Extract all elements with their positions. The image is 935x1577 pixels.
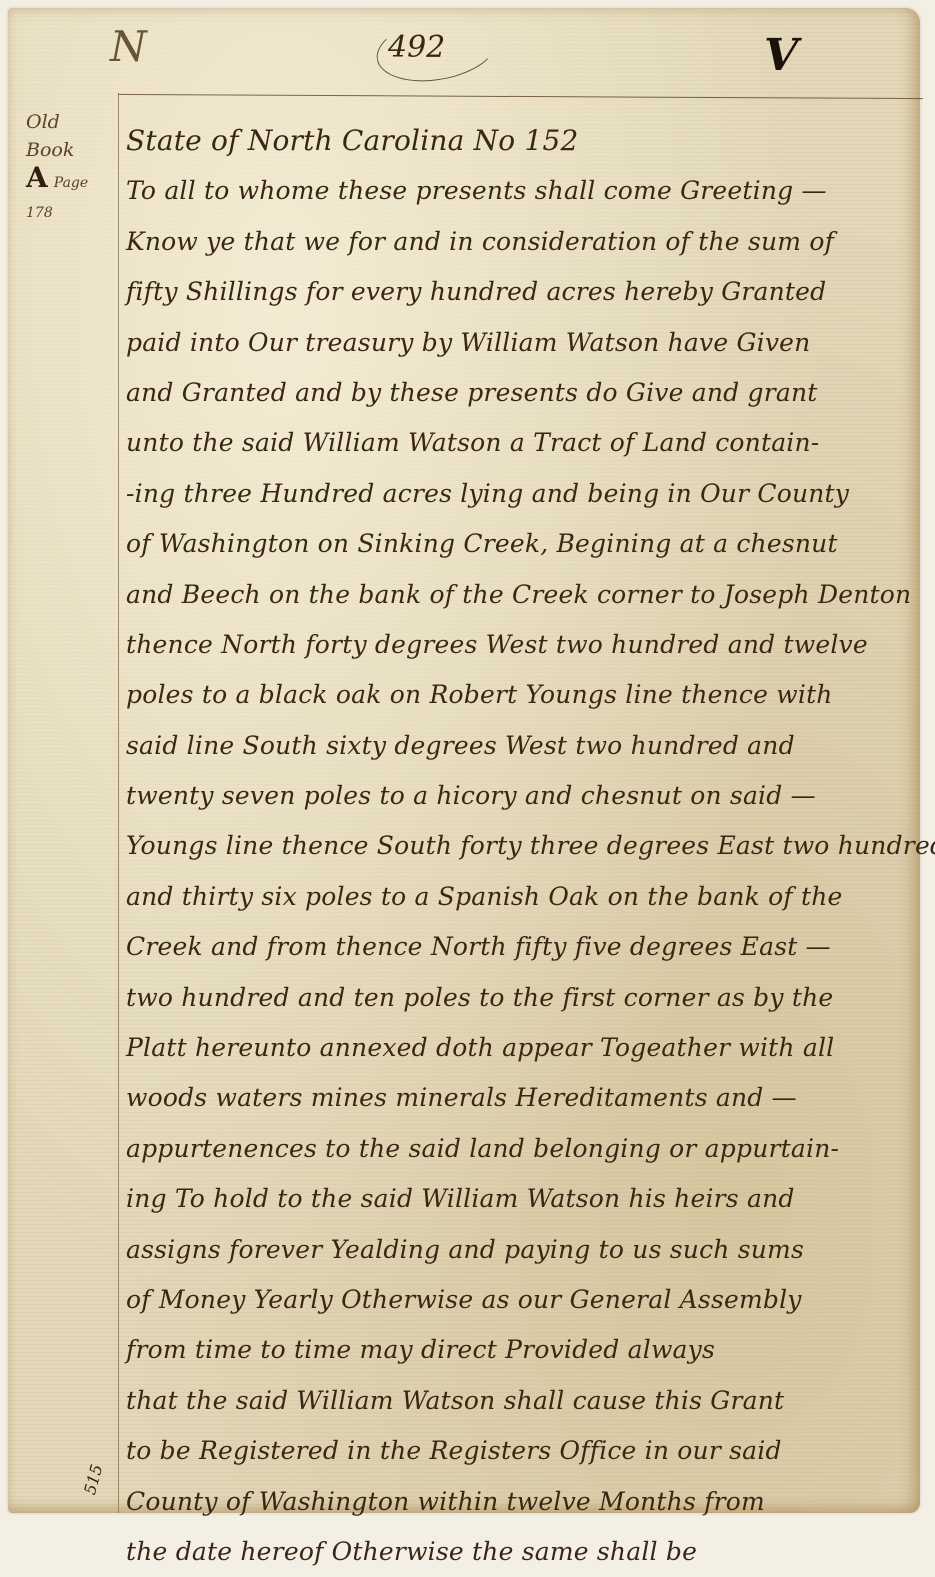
text-line: and thirty six poles to a Spanish Oak on…: [126, 872, 931, 922]
margin-note: Old Book A Page 178: [26, 108, 116, 227]
text-line: and Granted and by these presents do Giv…: [126, 368, 931, 418]
margin-note-line1: Old: [26, 108, 116, 136]
page-number: 492: [388, 30, 445, 65]
text-line: poles to a black oak on Robert Youngs li…: [126, 670, 931, 720]
text-line: to be Registered in the Registers Office…: [126, 1426, 931, 1476]
text-line: of Washington on Sinking Creek, Begining…: [126, 519, 931, 569]
text-line: that the said William Watson shall cause…: [126, 1376, 931, 1426]
document-title: State of North Carolina No 152: [126, 116, 931, 166]
text-line: Youngs line thence South forty three deg…: [126, 821, 931, 871]
text-line: To all to whome these presents shall com…: [126, 166, 931, 216]
text-line: appurtenences to the said land belonging…: [126, 1124, 931, 1174]
grant-text: State of North Carolina No 152 To all to…: [126, 116, 931, 1527]
text-line: woods waters mines minerals Hereditament…: [126, 1073, 931, 1123]
text-line: and Beech on the bank of the Creek corne…: [126, 570, 931, 620]
margin-note-letter: A: [26, 161, 48, 194]
margin-rule: [118, 93, 119, 1513]
text-line: Platt hereunto annexed doth appear Togea…: [126, 1023, 931, 1073]
text-line: twenty seven poles to a hicory and chesn…: [126, 771, 931, 821]
text-line: Creek and from thence North fifty five d…: [126, 922, 931, 972]
text-line: thence North forty degrees West two hund…: [126, 620, 931, 670]
text-line: fifty Shillings for every hundred acres …: [126, 267, 931, 317]
text-line: assigns forever Yealding and paying to u…: [126, 1225, 931, 1275]
header-rule: [118, 94, 923, 99]
margin-note-ref: A Page 178: [26, 164, 116, 227]
text-line: from time to time may direct Provided al…: [126, 1325, 931, 1375]
text-line: paid into Our treasury by William Watson…: [126, 318, 931, 368]
text-line: ing To hold to the said William Watson h…: [126, 1174, 931, 1224]
top-right-check-mark: V: [764, 30, 798, 81]
bottom-margin-number: 515: [80, 1462, 106, 1496]
text-line: said line South sixty degrees West two h…: [126, 721, 931, 771]
text-line: Know ye that we for and in consideration…: [126, 217, 931, 267]
manuscript-page: N 492 V Old Book A Page 178 515 State of…: [8, 8, 920, 1513]
margin-note-line2: Book: [26, 136, 116, 164]
text-line: -ing three Hundred acres lying and being…: [126, 469, 931, 519]
top-left-mark: N: [110, 22, 147, 71]
text-line: two hundred and ten poles to the first c…: [126, 973, 931, 1023]
text-line: County of Washington within twelve Month…: [126, 1477, 931, 1527]
text-line: unto the said William Watson a Tract of …: [126, 418, 931, 468]
text-line: of Money Yearly Otherwise as our General…: [126, 1275, 931, 1325]
